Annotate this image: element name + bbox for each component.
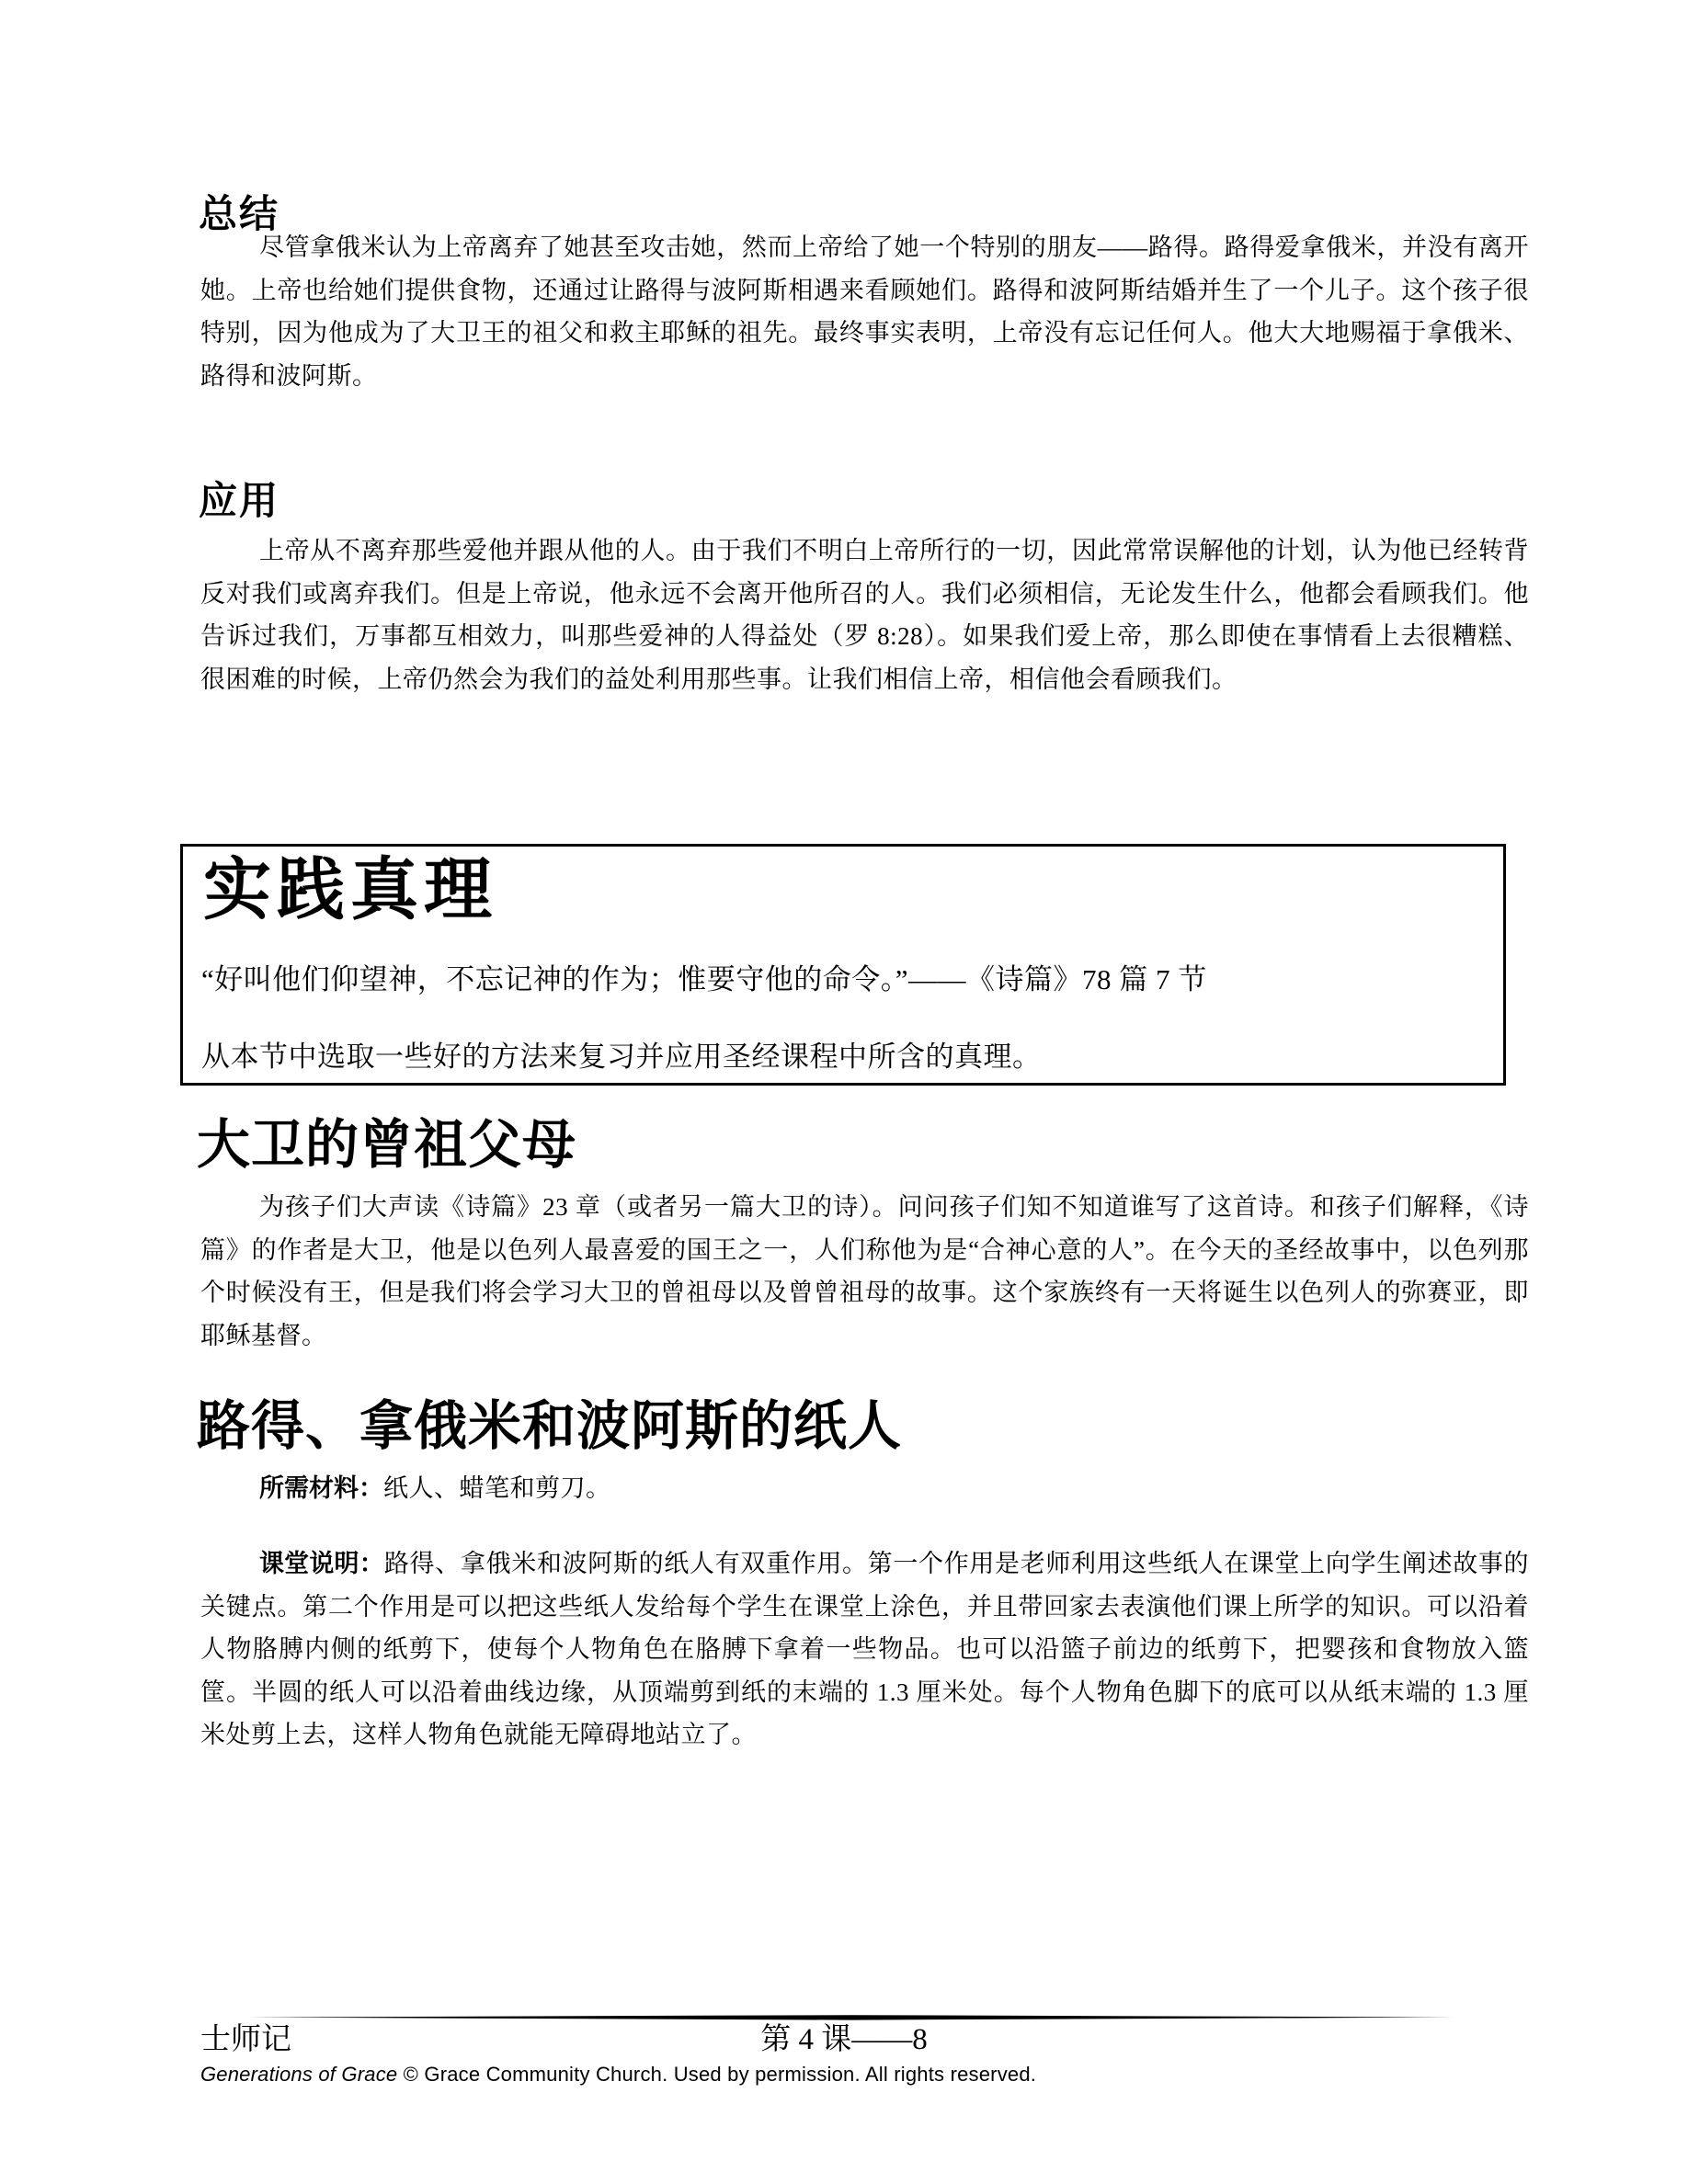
practice-truth-verse: “好叫他们仰望神，不忘记神的作为；惟要守他的命令。”——《诗篇》78 篇 7 节: [201, 962, 1470, 998]
copyright-work-title: Generations of Grace: [200, 2063, 397, 2086]
materials-line: 所需材料：纸人、蜡笔和剪刀。: [200, 1467, 1529, 1510]
materials-label: 所需材料：: [259, 1474, 383, 1502]
classroom-text: 路得、拿俄米和波阿斯的纸人有双重作用。第一个作用是老师利用这些纸人在课堂上向学生…: [200, 1550, 1529, 1748]
summary-paragraph: 尽管拿俄米认为上帝离弃了她甚至攻击她，然而上帝给了她一个特别的朋友——路得。路得…: [200, 226, 1529, 397]
footer-copyright: Generations of Grace © Grace Community C…: [200, 2062, 1036, 2087]
document-page: 总结 尽管拿俄米认为上帝离弃了她甚至攻击她，然而上帝给了她一个特别的朋友——路得…: [0, 0, 1688, 2184]
application-paragraph: 上帝从不离弃那些爱他并跟从他的人。由于我们不明白上帝所行的一切，因此常常误解他的…: [200, 529, 1529, 700]
application-heading: 应用: [199, 481, 279, 523]
classroom-label: 课堂说明：: [259, 1550, 384, 1577]
practice-truth-instruction: 从本节中选取一些好的方法来复习并应用圣经课程中所含的真理。: [201, 1040, 1470, 1075]
footer-page-number: 第 4 课——8: [0, 2020, 1688, 2059]
materials-text: 纸人、蜡笔和剪刀。: [383, 1474, 611, 1502]
classroom-instructions-paragraph: 课堂说明：路得、拿俄米和波阿斯的纸人有双重作用。第一个作用是老师利用这些纸人在课…: [200, 1542, 1529, 1757]
great-grandparents-paragraph: 为孩子们大声读《诗篇》23 章（或者另一篇大卫的诗）。问问孩子们知不知道谁写了这…: [200, 1186, 1529, 1357]
great-grandparents-heading: 大卫的曾祖父母: [197, 1116, 576, 1175]
practice-truth-box: 实践真理 “好叫他们仰望神，不忘记神的作为；惟要守他的命令。”——《诗篇》78 …: [180, 844, 1506, 1086]
practice-truth-title: 实践真理: [203, 856, 497, 927]
paper-figures-heading: 路得、拿俄米和波阿斯的纸人: [197, 1397, 902, 1456]
copyright-rights-text: © Grace Community Church. Used by permis…: [397, 2063, 1036, 2086]
